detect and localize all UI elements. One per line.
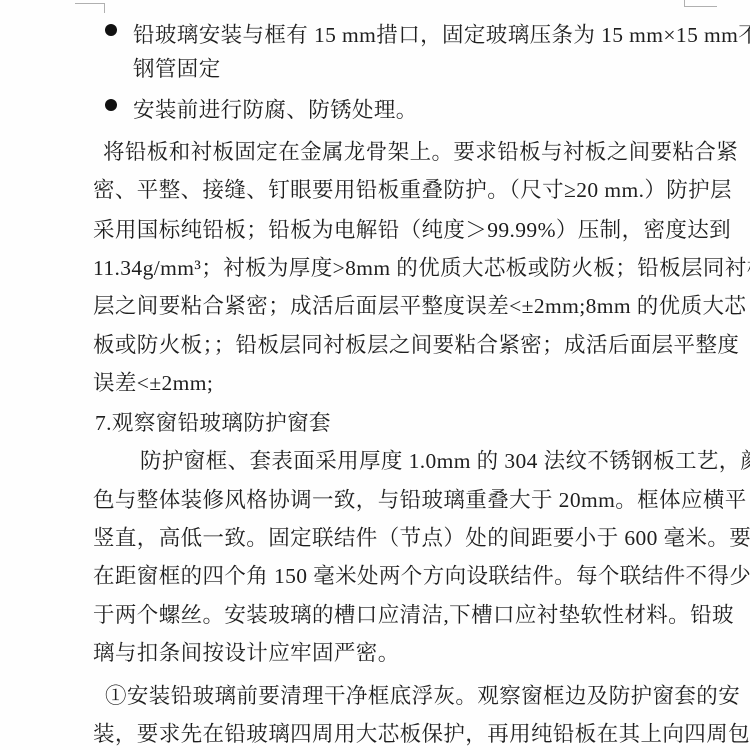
paragraph-line: 防护窗框、套表面采用厚度 1.0mm 的 304 法纹不锈钢板工艺，颜 — [140, 442, 750, 480]
paragraph-line: 密、平整、接缝、钉眼要用铅板重叠防护。（尺寸≥20 mm.）防护层 — [93, 171, 743, 209]
section-heading: 7.观察窗铅玻璃防护窗套 — [95, 404, 745, 442]
paragraph-line: 将铅板和衬板固定在金属龙骨架上。要求铅板与衬板之间要粘合紧 — [103, 133, 750, 171]
text-boundary-mark-right — [684, 0, 717, 7]
text-boundary-mark-left — [75, 3, 105, 13]
paragraph-line: 在距窗框的四个角 150 毫米处两个方向设联结件。每个联结件不得少 — [93, 557, 743, 595]
paragraph-line: 11.34g/mm³；衬板为厚度>8mm 的优质大芯板或防火板；铅板层同衬板 — [93, 249, 743, 287]
paragraph-line: 装，要求先在铅玻璃四周用大芯板保护，再用纯铅板在其上向四周包 — [93, 715, 743, 750]
paragraph-line: 于两个螺丝。安装玻璃的槽口应清洁,下槽口应衬垫软性材料。铅玻 — [93, 596, 743, 634]
paragraph-line: 误差<±2mm; — [93, 364, 743, 402]
bullet-icon — [105, 24, 117, 36]
paragraph-line: 色与整体装修风格协调一致，与铅玻璃重叠大于 20mm。框体应横平 — [93, 481, 743, 519]
bullet-item-line: 铅玻璃安装与框有 15 mm措口，固定玻璃压条为 15 mm×15 mm不锈 — [133, 16, 750, 54]
paragraph-line: ①安装铅玻璃前要清理干净框底浮灰。观察窗框边及防护窗套的安 — [105, 677, 750, 715]
bullet-icon — [105, 99, 117, 111]
bullet-item-line: 钢管固定 — [133, 50, 750, 88]
paragraph-line: 板或防火板；；铅板层同衬板层之间要粘合紧密；成活后面层平整度 — [93, 326, 743, 364]
paragraph-line: 璃与扣条间按设计应牢固严密。 — [93, 634, 743, 672]
paragraph-line: 竖直，高低一致。固定联结件（节点）处的间距要小于 600 毫米。要 — [93, 519, 743, 557]
document-page: 铅玻璃安装与框有 15 mm措口，固定玻璃压条为 15 mm×15 mm不锈 钢… — [0, 0, 750, 750]
bullet-item-line: 安装前进行防腐、防锈处理。 — [133, 91, 750, 129]
paragraph-line: 采用国标纯铅板；铅板为电解铅（纯度＞99.99%）压制，密度达到 — [93, 211, 743, 249]
paragraph-line: 层之间要粘合紧密；成活后面层平整度误差<±2mm;8mm 的优质大芯 — [93, 287, 743, 325]
